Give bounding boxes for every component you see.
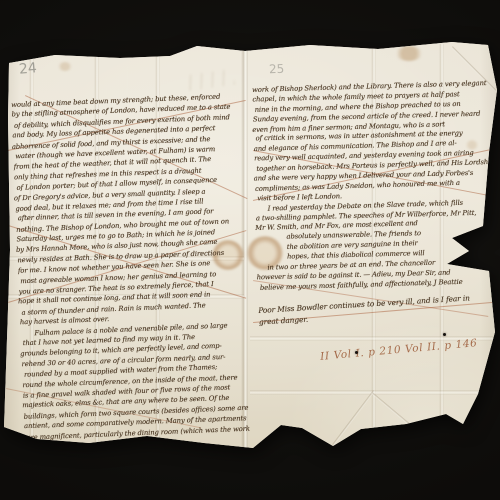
- page-right-text: work of Bishop Sherlock) and the Library…: [252, 79, 500, 294]
- pinhole: [355, 351, 358, 354]
- postscript: Poor Miss Bowdler continues to be very i…: [258, 291, 491, 328]
- page-left-text: would at any time beat down my strength;…: [11, 90, 277, 443]
- photo-frame: 24 25 would at any time beat down my str…: [0, 0, 500, 500]
- ink-bleedthrough: [185, 69, 235, 92]
- stain: [58, 62, 72, 71]
- stain: [395, 46, 423, 61]
- letter-paper: 24 25 would at any time beat down my str…: [0, 0, 500, 500]
- paper-shadow: 24 25 would at any time beat down my str…: [0, 0, 500, 500]
- pinhole: [443, 333, 446, 336]
- fold-crease: [332, 390, 375, 446]
- pencil-folio-right: 25: [269, 62, 285, 77]
- pencil-folio-left: 24: [18, 60, 37, 77]
- fold-crease: [250, 390, 495, 395]
- docket-annotation: II Vol I. p 210 Vol II. p 146: [320, 337, 478, 363]
- fold-crease: [371, 392, 429, 441]
